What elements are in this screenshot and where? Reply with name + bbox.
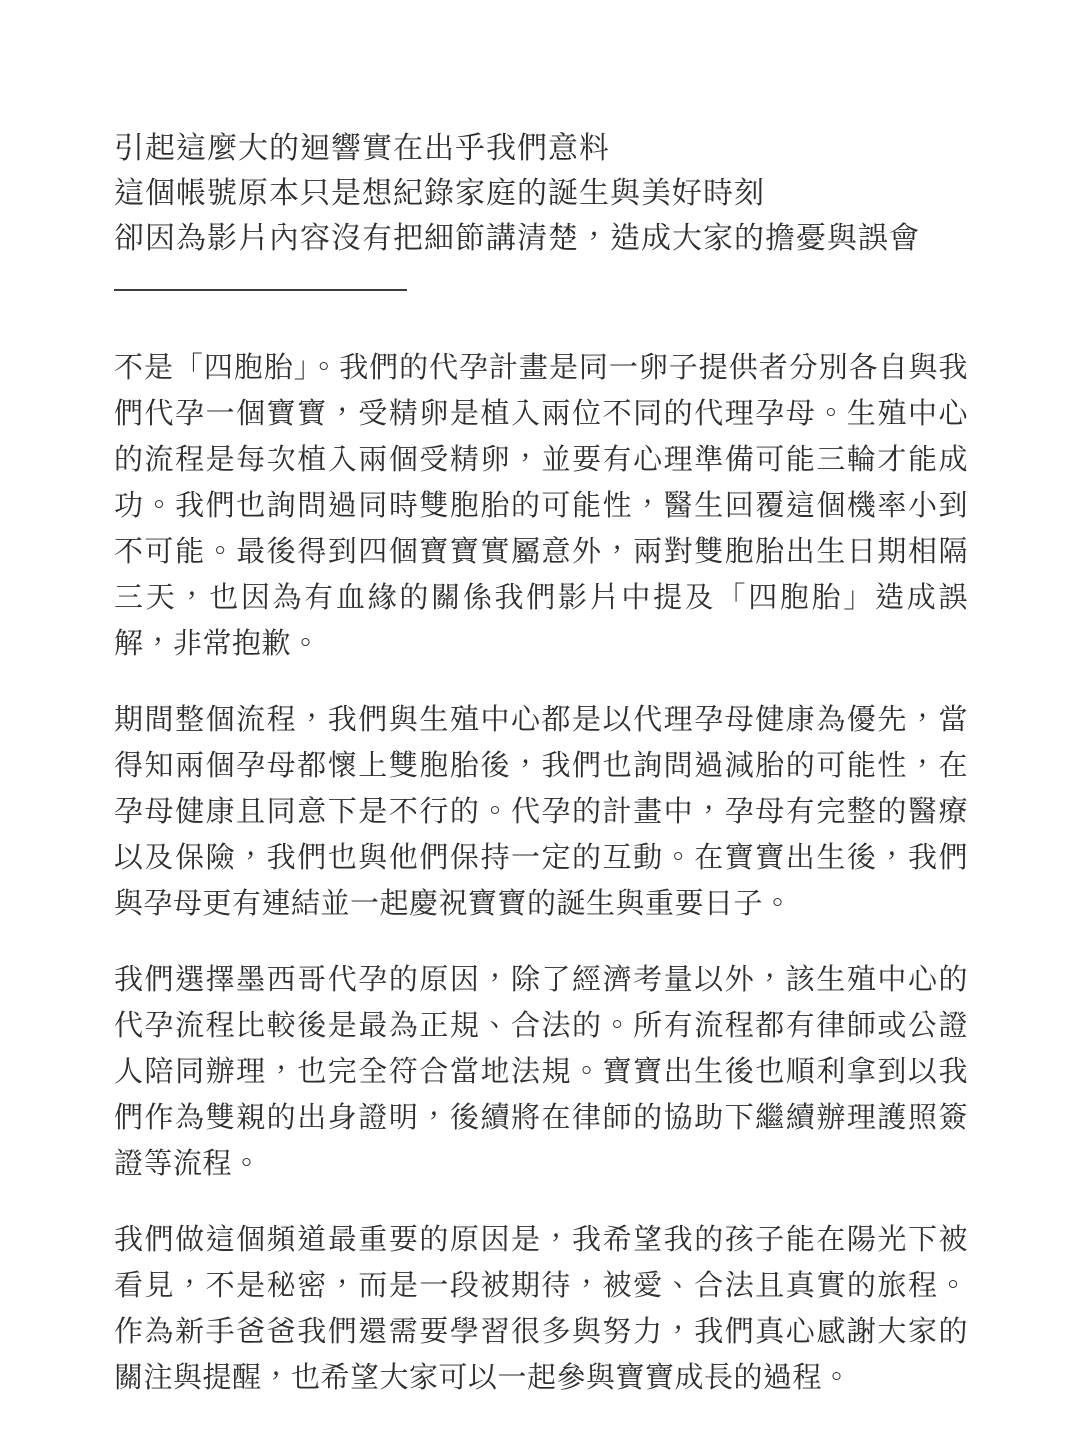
paragraph-channel-purpose: 我們做這個頻道最重要的原因是，我希望我的孩子能在陽光下被看見，不是秘密，而是一段… (114, 1217, 968, 1401)
intro-line-1: 引起這麼大的迴響實在出乎我們意料 (114, 126, 968, 171)
statement-page: 引起這麼大的迴響實在出乎我們意料 這個帳號原本只是想紀錄家庭的誕生與美好時刻 卻… (0, 0, 1080, 1436)
paragraph-surrogate-health: 期間整個流程，我們與生殖中心都是以代理孕母健康為優先，當得知兩個孕母都懷上雙胞胎… (114, 697, 968, 927)
intro-block: 引起這麼大的迴響實在出乎我們意料 這個帳號原本只是想紀錄家庭的誕生與美好時刻 卻… (114, 126, 968, 261)
paragraph-quadruplets-clarification: 不是「四胞胎」。我們的代孕計畫是同一卵子提供者分別各自與我們代孕一個寶寶，受精卵… (114, 345, 968, 667)
intro-line-2: 這個帳號原本只是想紀錄家庭的誕生與美好時刻 (114, 171, 968, 216)
paragraph-mexico-legal-process: 我們選擇墨西哥代孕的原因，除了經濟考量以外，該生殖中心的代孕流程比較後是最為正規… (114, 957, 968, 1187)
section-divider (114, 289, 407, 291)
intro-line-3: 卻因為影片內容沒有把細節講清楚，造成大家的擔憂與誤會 (114, 216, 968, 261)
